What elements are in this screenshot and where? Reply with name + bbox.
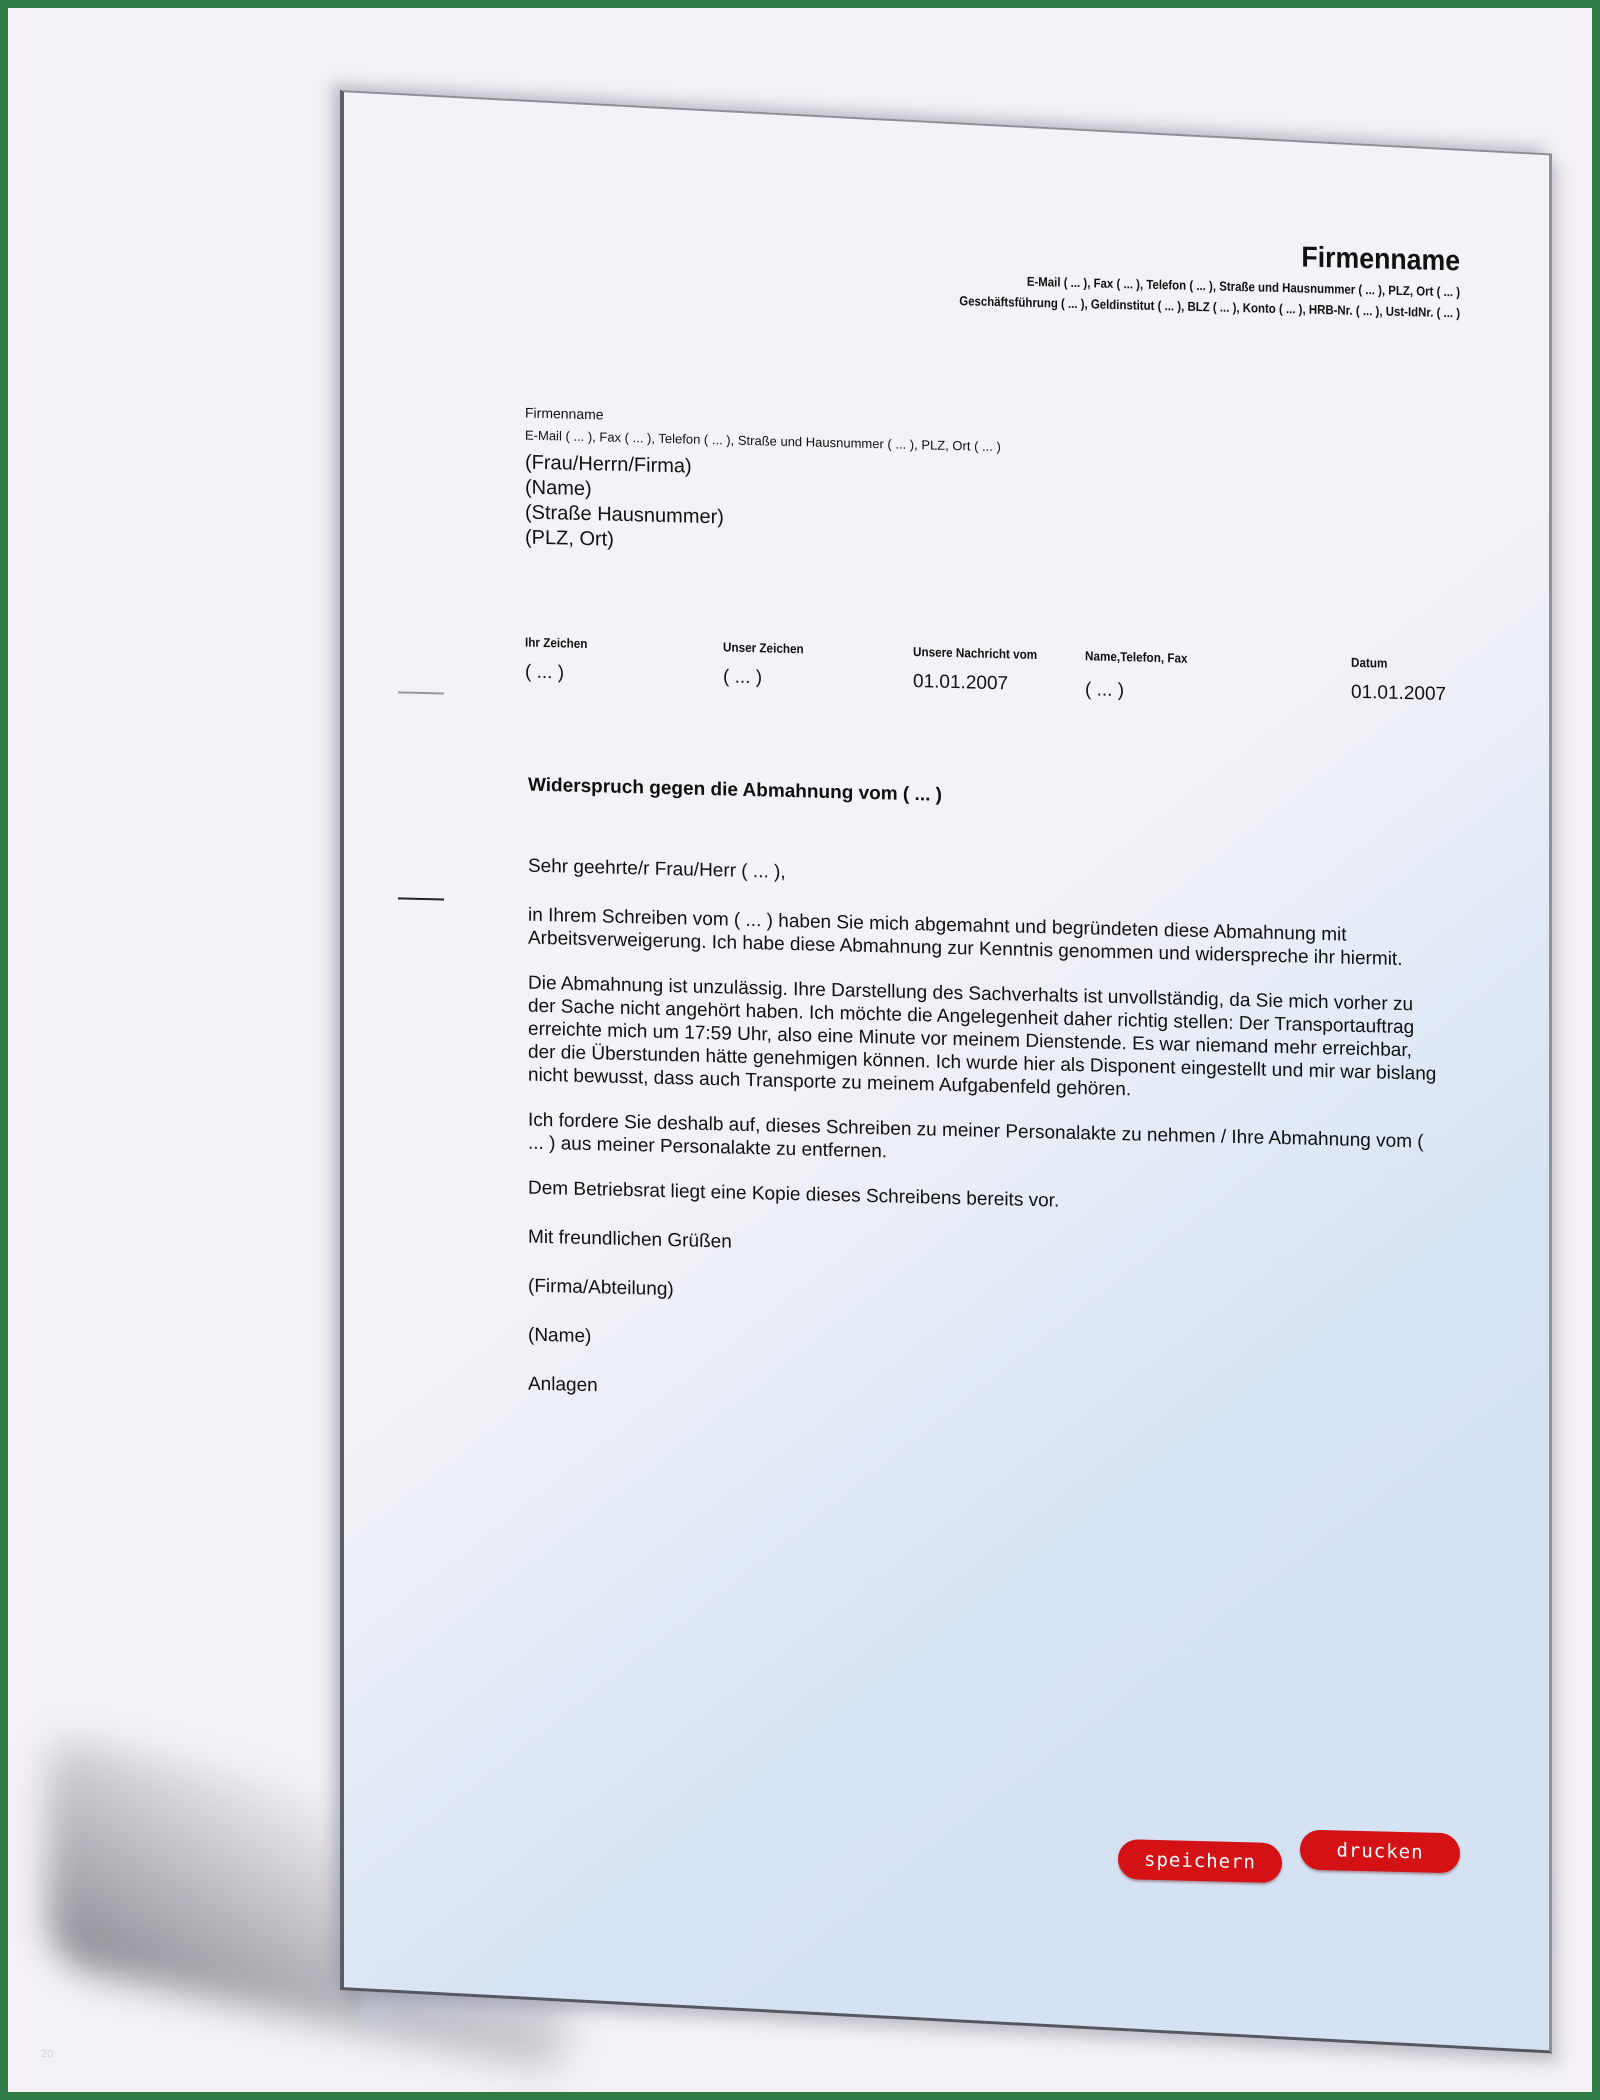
reference-datum: Datum 01.01.2007	[1351, 655, 1446, 706]
reference-label: Name,Telefon, Fax	[1085, 648, 1188, 666]
watermark-number: 20	[41, 2048, 53, 2060]
letter-subject: Widerspruch gegen die Abmahnung vom ( ..…	[528, 775, 942, 807]
fold-mark-top	[398, 691, 444, 694]
page-content: Firmenname E-Mail ( ... ), Fax ( ... ), …	[340, 90, 1552, 2020]
letter-paragraph: Ich fordere Sie deshalb auf, dieses Schr…	[528, 1109, 1438, 1177]
letterhead: Firmenname E-Mail ( ... ), Fax ( ... ), …	[891, 231, 1460, 320]
recipient-address: (Frau/Herrn/Firma) (Name) (Straße Hausnu…	[525, 451, 1001, 563]
reference-value: 01.01.2007	[913, 671, 1051, 696]
save-button[interactable]: speichern	[1118, 1839, 1282, 1883]
reference-name-telefon-fax: Name,Telefon, Fax ( ... )	[1085, 648, 1199, 704]
reference-value: ( ... )	[723, 666, 813, 690]
letter-paragraph: Die Abmahnung ist unzulässig. Ihre Darst…	[528, 972, 1438, 1109]
signature-name: (Name)	[528, 1324, 1438, 1369]
document-page: Firmenname E-Mail ( ... ), Fax ( ... ), …	[340, 90, 1552, 2054]
reference-ihr-zeichen: Ihr Zeichen ( ... )	[525, 635, 594, 686]
reference-value: ( ... )	[525, 662, 594, 686]
reference-value: ( ... )	[1085, 679, 1199, 704]
reference-value: 01.01.2007	[1351, 682, 1446, 706]
reference-unsere-nachricht: Unsere Nachricht vom 01.01.2007	[913, 644, 1051, 696]
reference-label: Unsere Nachricht vom	[913, 644, 1037, 662]
letter-body: Sehr geehrte/r Frau/Herr ( ... ), in Ihr…	[528, 855, 1438, 1440]
sender-company-name: Firmenname	[525, 405, 1001, 433]
reference-label: Datum	[1351, 655, 1437, 672]
reference-label: Ihr Zeichen	[525, 635, 587, 652]
action-buttons: speichern drucken	[1118, 1825, 1460, 1887]
attachments-label: Anlagen	[528, 1373, 1438, 1418]
letter-greeting: Sehr geehrte/r Frau/Herr ( ... ),	[528, 855, 1438, 900]
letter-paragraph: in Ihrem Schreiben vom ( ... ) haben Sie…	[528, 904, 1438, 972]
address-block: Firmenname E-Mail ( ... ), Fax ( ... ), …	[525, 405, 1001, 563]
letter-paragraph: Dem Betriebsrat liegt eine Kopie dieses …	[528, 1177, 1438, 1222]
letter-closing: Mit freundlichen Grüßen	[528, 1226, 1438, 1271]
letterhead-company-name: Firmenname	[936, 233, 1460, 279]
print-button[interactable]: drucken	[1300, 1829, 1460, 1873]
reference-label: Unser Zeichen	[723, 639, 804, 656]
signature-company: (Firma/Abteilung)	[528, 1275, 1438, 1320]
reference-line: Ihr Zeichen ( ... ) Unser Zeichen ( ... …	[525, 635, 1445, 728]
reference-unser-zeichen: Unser Zeichen ( ... )	[723, 639, 813, 690]
sender-contact-line: E-Mail ( ... ), Fax ( ... ), Telefon ( .…	[525, 428, 1001, 455]
fold-mark-middle	[398, 897, 444, 900]
